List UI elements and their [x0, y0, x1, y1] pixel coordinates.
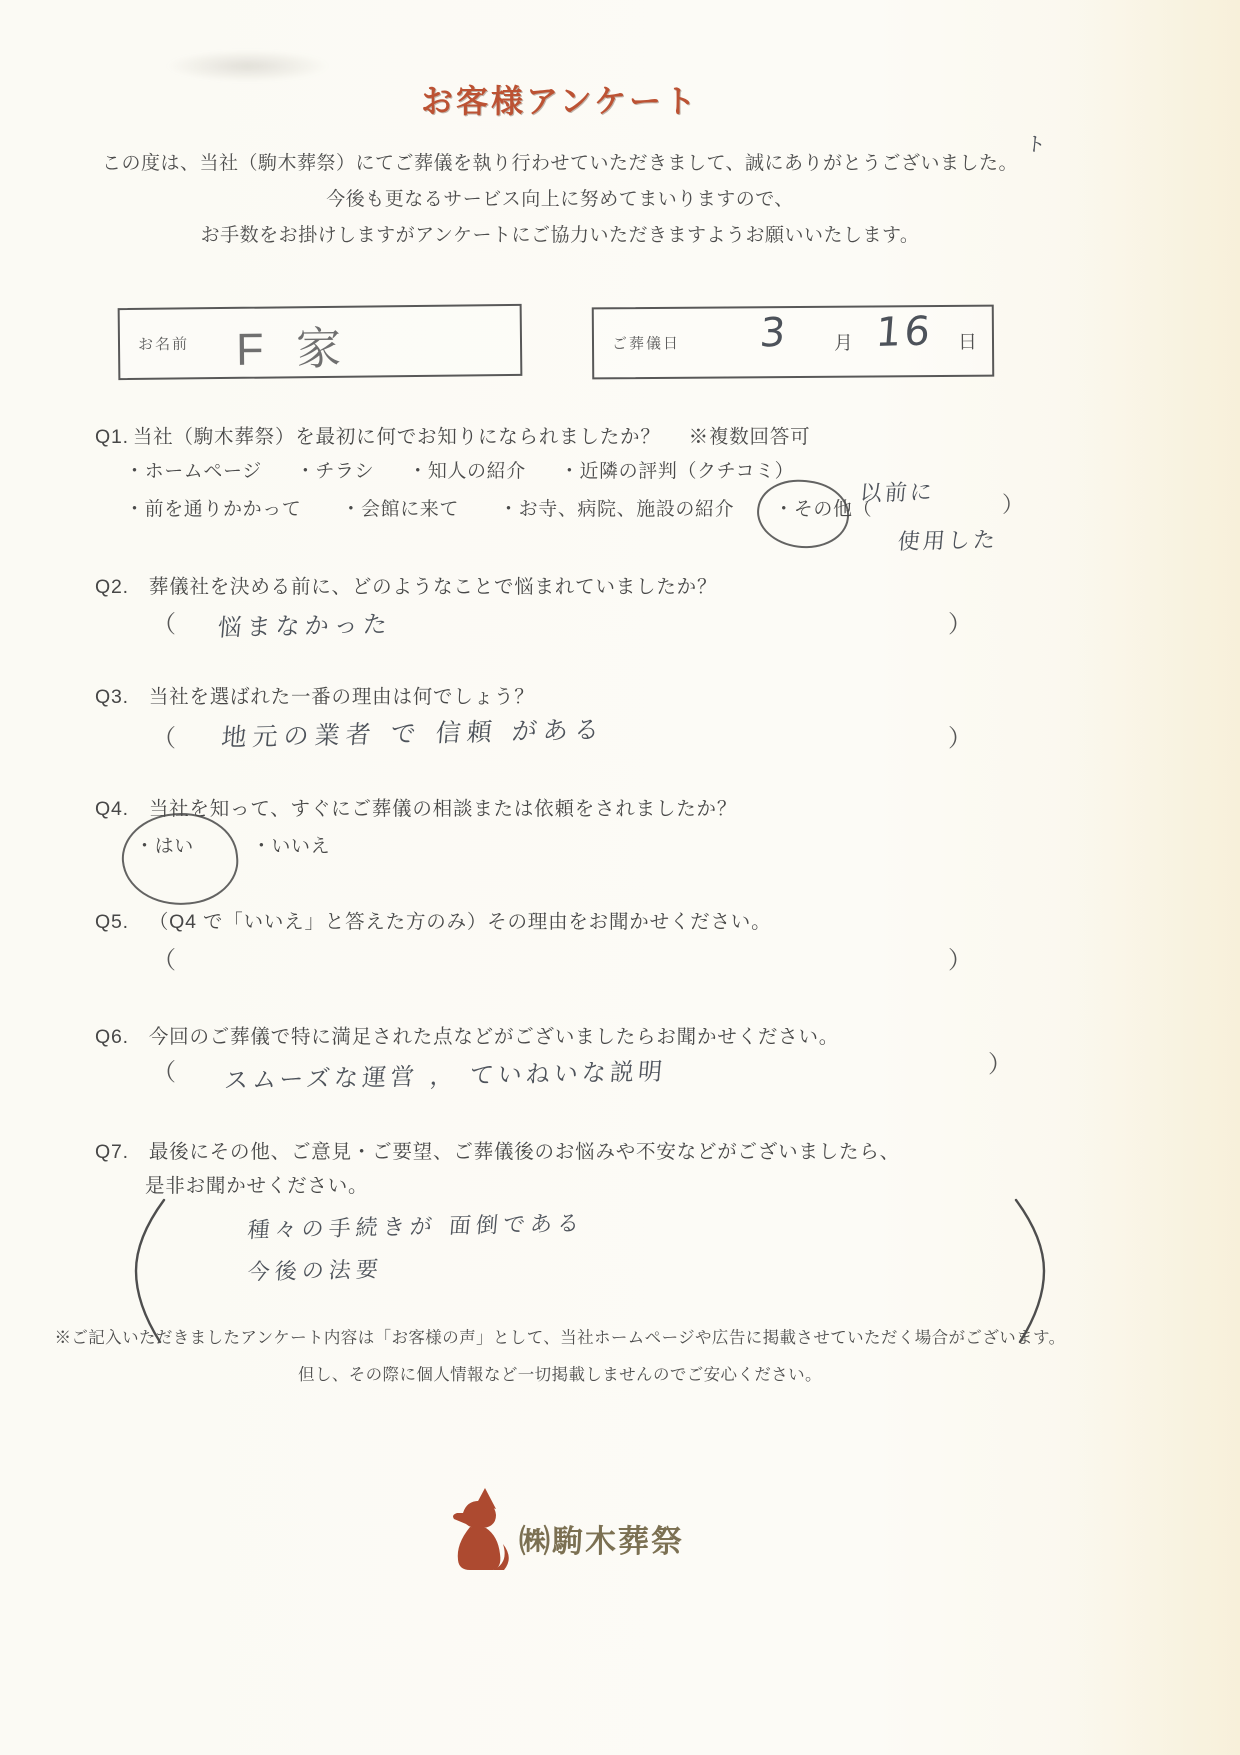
footer-note: ※ご記入いただきましたアンケート内容は「お客様の声」として、当社ホームページや広… [10, 1320, 1110, 1394]
hand-circle-yes-option [118, 808, 242, 910]
funeral-date-box: ご葬儀日 3 月 16 日 [592, 305, 994, 380]
question-6-number: Q6. [95, 1026, 129, 1049]
funeral-month-value: 3 [758, 310, 787, 357]
intro-line-3: お手数をお掛けしますがアンケートにご協力いただきますようお願いいたします。 [10, 218, 1110, 254]
customer-survey-scan: お客様アンケート この度は、当社（駒木葬祭）にてご葬儀を執り行わせていただきまし… [0, 0, 1240, 1755]
option-referral: ・知人の紹介 [408, 456, 526, 483]
q7-handwritten-answer-line-1: 種々の手続きが 面倒である [246, 1206, 585, 1244]
q6-handwritten-answer: スムーズな運営 ， ていねいな説明 [223, 1051, 668, 1095]
question-7-number: Q7. [95, 1141, 129, 1164]
q5-opening-paren: （ [152, 940, 176, 975]
question-2: Q2. 葬儀社を決める前に、どのようなことで悩まれていましたか？ [95, 571, 717, 599]
company-logo: ㈱駒木葬祭 [443, 1488, 684, 1574]
option-visited-hall: ・会館に来て [341, 494, 459, 521]
option-passing-by: ・前を通りかかって [125, 494, 301, 521]
q6-opening-paren: （ [152, 1052, 176, 1087]
question-3-number: Q3. [95, 686, 129, 709]
funeral-day-value: 16 [874, 308, 935, 356]
day-unit-label: 日 [958, 327, 977, 354]
name-field-box: お名前 F 家 [118, 304, 523, 380]
question-1-text: 当社（駒木葬祭）を最初に何でお知りになられましたか？ [133, 421, 661, 449]
intro-paragraph: この度は、当社（駒木葬祭）にてご葬儀を執り行わせていただきまして、誠にありがとう… [10, 146, 1110, 254]
question-5-text: （Q4 で「いいえ」と答えた方のみ）その理由をお聞かせください。 [149, 906, 772, 934]
hand-circle-other-option [753, 475, 853, 554]
question-2-text: 葬儀社を決める前に、どのようなことで悩まれていましたか？ [149, 571, 717, 599]
question-2-number: Q2. [95, 576, 129, 599]
funeral-date-label: ご葬儀日 [612, 332, 680, 353]
name-label: お名前 [138, 333, 189, 355]
question-1-options-row-1: ・ホームページ ・チラシ ・知人の紹介 ・近隣の評判（クチコミ） [125, 456, 794, 483]
q5-closing-paren: ） [948, 940, 972, 975]
option-flyer: ・チラシ [296, 456, 374, 483]
q7-handwritten-answer-line-2: 今後の法要 [247, 1253, 385, 1287]
q6-closing-paren: ） [988, 1044, 1012, 1079]
question-5: Q5. （Q4 で「いいえ」と答えた方のみ）その理由をお聞かせください。 [95, 906, 771, 934]
question-7-text-line-1: 最後にその他、ご意見・ご要望、ご葬儀後のお悩みや不安などがございましたら、 [149, 1136, 900, 1164]
company-name: ㈱駒木葬祭 [519, 1502, 684, 1561]
intro-line-1: この度は、当社（駒木葬祭）にてご葬儀を執り行わせていただきまして、誠にありがとう… [10, 146, 1110, 182]
footer-note-line-2: 但し、その際に個人情報など一切掲載しませんのでご安心ください。 [10, 1357, 1110, 1394]
intro-line-2: 今後も更なるサービス向上に努めてまいりますので、 [10, 182, 1110, 218]
question-7-text-line-2: 是非お聞かせください。 [145, 1170, 368, 1198]
question-5-number: Q5. [95, 911, 129, 934]
question-3: Q3. 当社を選ばれた一番の理由は何でしょう？ [95, 681, 535, 709]
question-1-number: Q1. [95, 426, 129, 449]
q3-handwritten-answer: 地元の業者 で 信頼 がある [220, 710, 607, 754]
footer-note-line-1: ※ご記入いただきましたアンケート内容は「お客様の声」として、当社ホームページや広… [10, 1320, 1110, 1357]
q1-handwritten-answer-line-1: 以前に [859, 475, 937, 508]
option-no: ・いいえ [252, 831, 330, 858]
question-4-text: 当社を知って、すぐにご葬儀の相談または依頼をされましたか？ [149, 793, 737, 821]
q2-closing-paren: ） [948, 604, 972, 639]
q3-closing-paren: ） [948, 718, 972, 753]
fox-icon [443, 1488, 509, 1574]
option-reputation: ・近隣の評判（クチコミ） [560, 456, 794, 483]
q2-handwritten-answer: 悩まなかった [216, 604, 393, 643]
question-6: Q6. 今回のご葬儀で特に満足された点などがございましたらお聞かせください。 [95, 1021, 839, 1049]
month-unit-label: 月 [834, 328, 853, 355]
page-title: お客様アンケート [10, 76, 1110, 122]
question-7-text-line-2-row: 是非お聞かせください。 [145, 1170, 368, 1198]
option-temple-hospital: ・お寺、病院、施設の紹介 [499, 494, 734, 521]
q1-closing-paren: ） [1002, 488, 1024, 519]
question-4-number: Q4. [95, 798, 129, 821]
question-7: Q7. 最後にその他、ご意見・ご要望、ご葬儀後のお悩みや不安などがございましたら… [95, 1136, 900, 1164]
question-3-text: 当社を選ばれた一番の理由は何でしょう？ [149, 681, 535, 709]
option-homepage: ・ホームページ [125, 456, 262, 483]
name-value: F 家 [236, 312, 352, 378]
q3-opening-paren: （ [152, 718, 176, 753]
stray-pen-mark: ト [1025, 128, 1047, 157]
q2-opening-paren: （ [152, 604, 176, 639]
q1-handwritten-answer-line-2: 使用した [897, 523, 1000, 556]
question-1-note: ※複数回答可 [689, 421, 811, 449]
question-1: Q1. 当社（駒木葬祭）を最初に何でお知りになられましたか？ ※複数回答可 [95, 421, 810, 449]
question-6-text: 今回のご葬儀で特に満足された点などがございましたらお聞かせください。 [149, 1021, 839, 1049]
